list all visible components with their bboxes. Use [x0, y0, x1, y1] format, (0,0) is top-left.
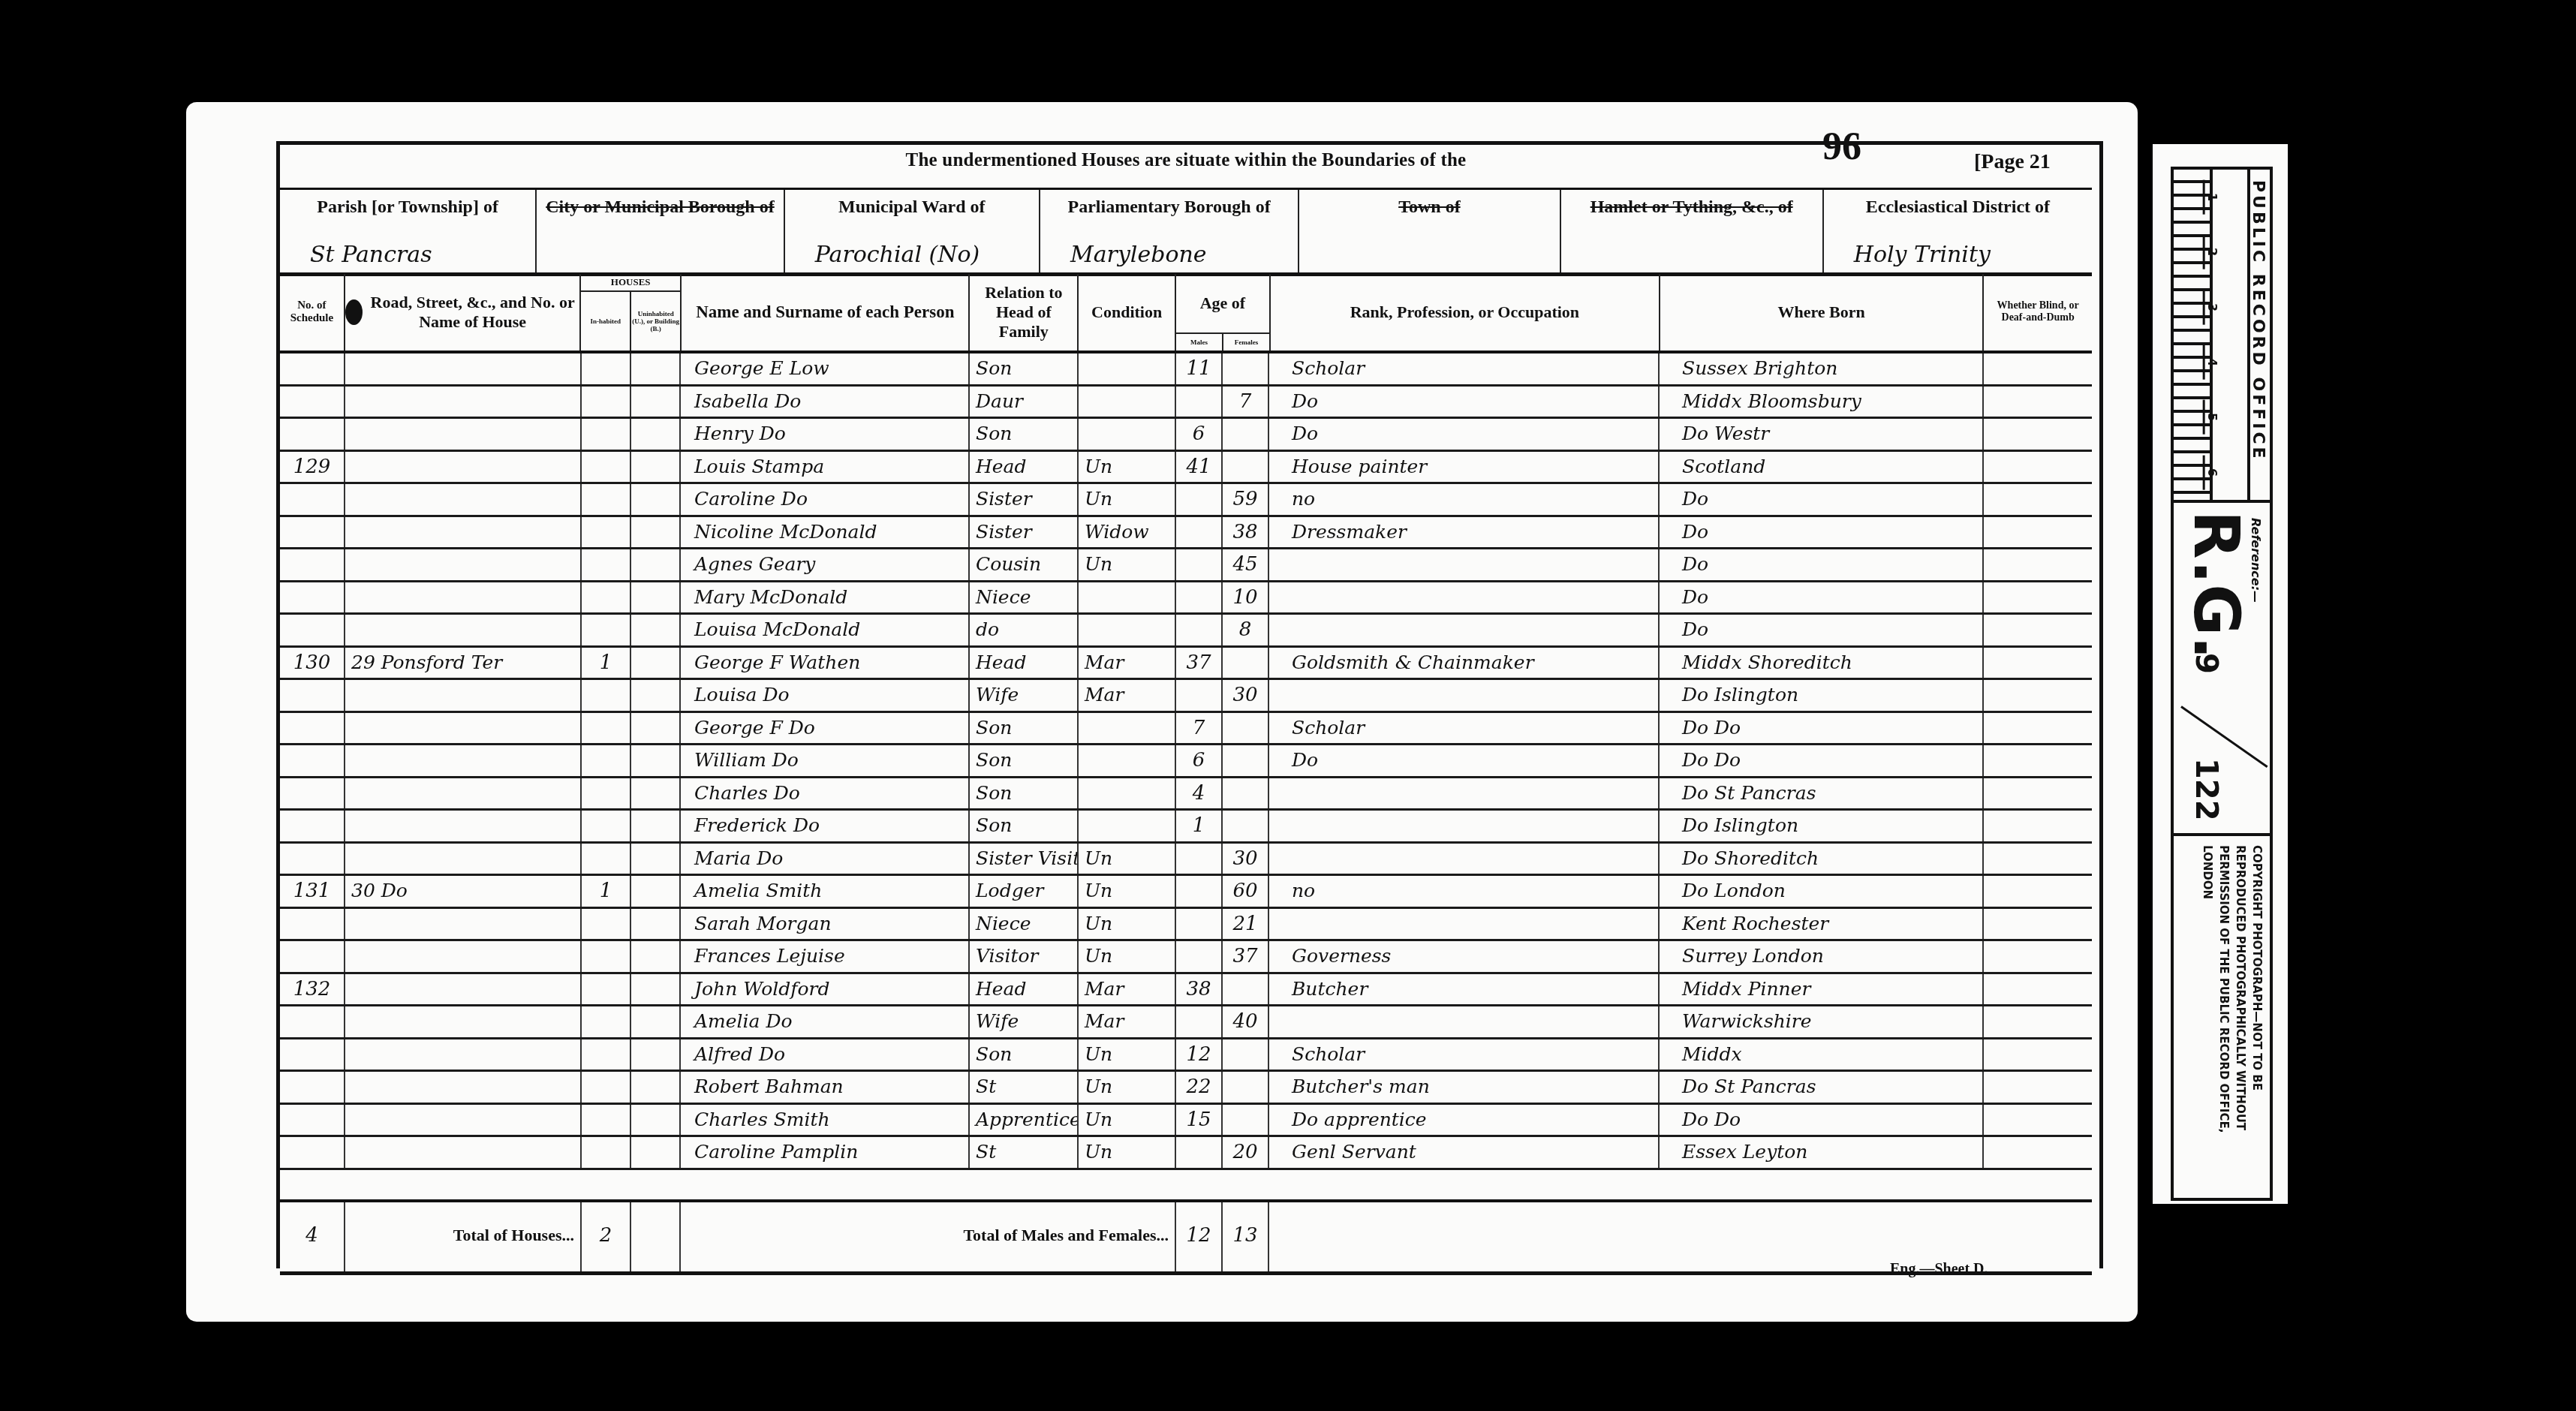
relation-to-head: Wife [970, 680, 1079, 711]
birthplace: Do Islington [1660, 680, 1984, 711]
table-row: Alfred DoSonUn12ScholarMiddx [280, 1039, 2092, 1073]
street-address [345, 615, 582, 645]
marital-condition: Un [1079, 1039, 1176, 1070]
boundary-parliamentary-borough: Parliamentary Borough of Marylebone [1040, 190, 1299, 272]
house-inhabited [582, 549, 631, 580]
ink-blot [345, 299, 363, 325]
occupation: Do [1269, 745, 1660, 776]
occupation [1269, 778, 1660, 809]
birthplace: Do Do [1660, 1105, 1984, 1136]
female-age: 59 [1223, 484, 1269, 515]
marital-condition: Un [1079, 941, 1176, 972]
occupation: no [1269, 484, 1660, 515]
table-row: Frederick DoSon1Do Islington [280, 811, 2092, 844]
male-age [1176, 876, 1223, 907]
female-age [1223, 1039, 1269, 1070]
house-inhabited [582, 909, 631, 940]
relation-to-head: Cousin [970, 549, 1079, 580]
male-age [1176, 909, 1223, 940]
female-age [1223, 974, 1269, 1005]
ruler-boxes: 1 2 3 4 5 6 [2213, 170, 2250, 500]
birthplace: Warwickshire [1660, 1006, 1984, 1037]
person-name: Louisa Do [681, 680, 970, 711]
boundary-value: Marylebone [1070, 242, 1207, 268]
total-females: 13 [1223, 1202, 1269, 1271]
schedule-number [280, 778, 345, 809]
female-age [1223, 452, 1269, 483]
occupation [1269, 582, 1660, 613]
relation-to-head: Son [970, 354, 1079, 384]
relation-to-head: Wife [970, 1006, 1079, 1037]
schedule-number [280, 1006, 345, 1037]
table-row: 129Louis StampaHeadUn41House painterScot… [280, 452, 2092, 485]
birthplace: Do Do [1660, 713, 1984, 744]
occupation: Scholar [1269, 1039, 1660, 1070]
schedule-number [280, 745, 345, 776]
boundary-value: Holy Trinity [1854, 242, 1991, 268]
blind-deaf [1984, 811, 2092, 841]
male-age: 12 [1176, 1039, 1223, 1070]
female-age: 37 [1223, 941, 1269, 972]
house-uninhabited [631, 582, 681, 613]
street-address [345, 974, 582, 1005]
female-age: 7 [1223, 387, 1269, 417]
total-schedules: 4 [280, 1202, 345, 1271]
street-address [345, 1006, 582, 1037]
col-occupation: Rank, Profession, or Occupation [1271, 274, 1660, 350]
col-street: Road, Street, &c., and No. or Name of Ho… [345, 274, 581, 350]
blind-deaf [1984, 778, 2092, 809]
col-age: Age of Males Females [1176, 274, 1271, 350]
house-inhabited [582, 811, 631, 841]
marital-condition: Un [1079, 876, 1176, 907]
occupation: Governess [1269, 941, 1660, 972]
person-name: Mary McDonald [681, 582, 970, 613]
occupation [1269, 549, 1660, 580]
occupation: no [1269, 876, 1660, 907]
house-inhabited [582, 680, 631, 711]
street-address [345, 745, 582, 776]
schedule-number: 131 [280, 876, 345, 907]
male-age [1176, 1137, 1223, 1168]
street-address [345, 713, 582, 744]
schedule-number [280, 811, 345, 841]
blind-deaf [1984, 582, 2092, 613]
schedule-number [280, 844, 345, 874]
ref-label: Reference:— [2249, 518, 2263, 603]
col-inhabited: In-habited [581, 292, 631, 350]
table-row: William DoSon6DoDo Do [280, 745, 2092, 778]
table-row: Charles DoSon4Do St Pancras [280, 778, 2092, 811]
house-uninhabited [631, 745, 681, 776]
house-uninhabited [631, 974, 681, 1005]
male-age: 6 [1176, 419, 1223, 450]
house-uninhabited [631, 615, 681, 645]
table-row: Sarah MorganNieceUn21Kent Rochester [280, 909, 2092, 942]
schedule-number [280, 549, 345, 580]
birthplace: Surrey London [1660, 941, 1984, 972]
street-address [345, 582, 582, 613]
female-age [1223, 648, 1269, 678]
house-uninhabited [631, 387, 681, 417]
marital-condition [1079, 811, 1176, 841]
schedule-number [280, 354, 345, 384]
person-name: Sarah Morgan [681, 909, 970, 940]
person-name: Frances Lejuise [681, 941, 970, 972]
table-row: George F DoSon7ScholarDo Do [280, 713, 2092, 746]
table-row: 13029 Ponsford Ter1George F WathenHeadMa… [280, 648, 2092, 681]
male-age [1176, 484, 1223, 515]
male-age [1176, 387, 1223, 417]
schedule-number: 132 [280, 974, 345, 1005]
table-row: George E LowSon11ScholarSussex Brighton [280, 354, 2092, 387]
boundary-town: Town of [1299, 190, 1560, 272]
table-row: Henry DoSon6DoDo Westr [280, 419, 2092, 452]
birthplace: Do St Pancras [1660, 778, 1984, 809]
marital-condition: Un [1079, 1105, 1176, 1136]
house-uninhabited [631, 811, 681, 841]
person-name: George F Do [681, 713, 970, 744]
occupation: Dressmaker [1269, 517, 1660, 548]
blind-deaf [1984, 419, 2092, 450]
occupation: Genl Servant [1269, 1137, 1660, 1168]
table-row: 132John WoldfordHeadMar38ButcherMiddx Pi… [280, 974, 2092, 1007]
relation-to-head: Son [970, 1039, 1079, 1070]
house-uninhabited [631, 354, 681, 384]
house-inhabited: 1 [582, 876, 631, 907]
female-age: 40 [1223, 1006, 1269, 1037]
table-row: Caroline DoSisterUn59noDo [280, 484, 2092, 517]
marital-condition: Mar [1079, 648, 1176, 678]
house-inhabited [582, 1072, 631, 1103]
relation-to-head: Niece [970, 909, 1079, 940]
house-uninhabited [631, 1039, 681, 1070]
relation-to-head: Apprentice [970, 1105, 1079, 1136]
person-name: Amelia Do [681, 1006, 970, 1037]
table-row: Agnes GearyCousinUn45Do [280, 549, 2092, 582]
col-blind-deaf: Whether Blind, or Deaf-and-Dumb [1984, 274, 2092, 350]
person-name: Charles Do [681, 778, 970, 809]
house-uninhabited [631, 419, 681, 450]
blind-deaf [1984, 844, 2092, 874]
blind-deaf [1984, 745, 2092, 776]
blind-deaf [1984, 713, 2092, 744]
male-age: 15 [1176, 1105, 1223, 1136]
blind-deaf [1984, 648, 2092, 678]
male-age [1176, 582, 1223, 613]
person-name: John Woldford [681, 974, 970, 1005]
marital-condition: Un [1079, 484, 1176, 515]
house-inhabited [582, 452, 631, 483]
marital-condition: Un [1079, 909, 1176, 940]
birthplace: Sussex Brighton [1660, 354, 1984, 384]
ref-piece: 122 [2189, 758, 2223, 821]
person-name: Henry Do [681, 419, 970, 450]
occupation [1269, 844, 1660, 874]
female-age: 21 [1223, 909, 1269, 940]
person-name: Alfred Do [681, 1039, 970, 1070]
male-age: 37 [1176, 648, 1223, 678]
schedule-number: 130 [280, 648, 345, 678]
house-uninhabited [631, 1006, 681, 1037]
form-code: Eng.—Sheet D. [1890, 1261, 1988, 1278]
birthplace: Do [1660, 615, 1984, 645]
female-age: 10 [1223, 582, 1269, 613]
blind-deaf [1984, 680, 2092, 711]
total-houses-uninhabited [631, 1202, 681, 1271]
house-uninhabited [631, 1137, 681, 1168]
relation-to-head: Head [970, 452, 1079, 483]
house-inhabited [582, 419, 631, 450]
birthplace: Do [1660, 484, 1984, 515]
occupation [1269, 680, 1660, 711]
house-uninhabited [631, 648, 681, 678]
relation-to-head: Niece [970, 582, 1079, 613]
birthplace: Kent Rochester [1660, 909, 1984, 940]
female-age [1223, 745, 1269, 776]
person-name: George E Low [681, 354, 970, 384]
male-age: 7 [1176, 713, 1223, 744]
person-name: Caroline Do [681, 484, 970, 515]
schedule-number [280, 419, 345, 450]
blind-deaf [1984, 615, 2092, 645]
house-inhabited [582, 974, 631, 1005]
blind-deaf [1984, 387, 2092, 417]
blind-deaf [1984, 484, 2092, 515]
house-inhabited [582, 582, 631, 613]
street-address [345, 484, 582, 515]
male-age: 38 [1176, 974, 1223, 1005]
occupation: Scholar [1269, 354, 1660, 384]
occupation: Butcher's man [1269, 1072, 1660, 1103]
street-address: 29 Ponsford Ter [345, 648, 582, 678]
relation-to-head: Sister [970, 517, 1079, 548]
table-row: Caroline PamplinStUn20Genl ServantEssex … [280, 1137, 2092, 1170]
street-address [345, 452, 582, 483]
house-uninhabited [631, 549, 681, 580]
female-age: 38 [1223, 517, 1269, 548]
person-name: Frederick Do [681, 811, 970, 841]
house-uninhabited [631, 778, 681, 809]
person-name: Caroline Pamplin [681, 1137, 970, 1168]
male-age: 1 [1176, 811, 1223, 841]
relation-to-head: Son [970, 778, 1079, 809]
occupation [1269, 1006, 1660, 1037]
relation-to-head: Son [970, 745, 1079, 776]
schedule-number [280, 1137, 345, 1168]
street-address [345, 941, 582, 972]
street-address [345, 909, 582, 940]
male-age [1176, 517, 1223, 548]
occupation: Butcher [1269, 974, 1660, 1005]
schedule-number [280, 1072, 345, 1103]
street-address [345, 844, 582, 874]
blind-deaf [1984, 909, 2092, 940]
schedule-number [280, 680, 345, 711]
male-age [1176, 615, 1223, 645]
marital-condition: Un [1079, 1072, 1176, 1103]
male-age [1176, 680, 1223, 711]
table-row: Louisa McDonalddo8Do [280, 615, 2092, 648]
relation-to-head: Sister Visitor [970, 844, 1079, 874]
col-schedule: No. of Schedule [280, 274, 345, 350]
male-age [1176, 844, 1223, 874]
boundary-value: St Pancras [310, 242, 432, 268]
female-age [1223, 1105, 1269, 1136]
marital-condition [1079, 419, 1176, 450]
house-inhabited [582, 615, 631, 645]
table-row: Louisa DoWifeMar30Do Islington [280, 680, 2092, 713]
female-age [1223, 354, 1269, 384]
relation-to-head: Head [970, 974, 1079, 1005]
col-uninhabited: Uninhabited (U.), or Building (B.) [631, 292, 680, 350]
person-name: Amelia Smith [681, 876, 970, 907]
marital-condition [1079, 745, 1176, 776]
person-name: Louis Stampa [681, 452, 970, 483]
schedule-number [280, 517, 345, 548]
female-age: 20 [1223, 1137, 1269, 1168]
house-uninhabited [631, 517, 681, 548]
schedule-number [280, 582, 345, 613]
person-name: Nicoline McDonald [681, 517, 970, 548]
boundary-ward: Municipal Ward of Parochial (No) [785, 190, 1040, 272]
occupation: Do apprentice [1269, 1105, 1660, 1136]
male-age [1176, 549, 1223, 580]
relation-to-head: Sister [970, 484, 1079, 515]
marital-condition [1079, 713, 1176, 744]
female-age: 45 [1223, 549, 1269, 580]
birthplace: Do [1660, 517, 1984, 548]
male-age: 4 [1176, 778, 1223, 809]
female-age [1223, 419, 1269, 450]
relation-to-head: Son [970, 419, 1079, 450]
boundary-parish: Parish [or Township] of St Pancras [280, 190, 537, 272]
house-inhabited [582, 354, 631, 384]
relation-to-head: Head [970, 648, 1079, 678]
house-uninhabited [631, 1105, 681, 1136]
schedule-number [280, 484, 345, 515]
header-title: The undermentioned Houses are situate wi… [276, 150, 2096, 171]
street-address [345, 419, 582, 450]
house-inhabited [582, 387, 631, 417]
schedule-number [280, 1105, 345, 1136]
total-persons-label: Total of Males and Females... [681, 1202, 1176, 1271]
blind-deaf [1984, 1006, 2092, 1037]
birthplace: Do Do [1660, 745, 1984, 776]
col-males: Males [1176, 334, 1223, 350]
relation-to-head: do [970, 615, 1079, 645]
house-uninhabited [631, 680, 681, 711]
schedule-number [280, 941, 345, 972]
boundaries-row: Parish [or Township] of St Pancras City … [280, 188, 2092, 276]
birthplace: Do Westr [1660, 419, 1984, 450]
table-row: 13130 Do1Amelia SmithLodgerUn60noDo Lond… [280, 876, 2092, 909]
table-row: Robert BahmanStUn22Butcher's manDo St Pa… [280, 1072, 2092, 1105]
house-inhabited [582, 1105, 631, 1136]
male-age: 11 [1176, 354, 1223, 384]
blind-deaf [1984, 1105, 2092, 1136]
boundary-ecclesiastical: Ecclesiastical District of Holy Trinity [1824, 190, 2092, 272]
person-name: Isabella Do [681, 387, 970, 417]
marital-condition: Un [1079, 844, 1176, 874]
col-condition: Condition [1079, 274, 1176, 350]
house-uninhabited [631, 452, 681, 483]
street-address [345, 387, 582, 417]
birthplace: Do St Pancras [1660, 1072, 1984, 1103]
marital-condition: Un [1079, 452, 1176, 483]
table-row: Frances LejuiseVisitorUn37GovernessSurre… [280, 941, 2092, 974]
house-uninhabited [631, 713, 681, 744]
marital-condition [1079, 778, 1176, 809]
schedule-number [280, 387, 345, 417]
table-row: Amelia DoWifeMar40Warwickshire [280, 1006, 2092, 1039]
marital-condition [1079, 615, 1176, 645]
occupation: Scholar [1269, 713, 1660, 744]
occupation: Do [1269, 387, 1660, 417]
male-age [1176, 941, 1223, 972]
schedule-number [280, 615, 345, 645]
female-age: 60 [1223, 876, 1269, 907]
blind-deaf [1984, 974, 2092, 1005]
total-houses-label: Total of Houses... [345, 1202, 582, 1271]
reference-block: R.G. Reference:— 9 122 [2174, 503, 2270, 836]
table-row: Mary McDonaldNiece10Do [280, 582, 2092, 615]
female-age: 30 [1223, 844, 1269, 874]
blind-deaf [1984, 941, 2092, 972]
col-houses: HOUSES In-habited Uninhabited (U.), or B… [581, 274, 682, 350]
reference-strip: 1 2 3 4 5 6 PUBLIC RECORD OFFICE R.G. Re… [2153, 144, 2288, 1204]
house-inhabited [582, 517, 631, 548]
office-title: PUBLIC RECORD OFFICE [2249, 180, 2268, 462]
schedule-number [280, 909, 345, 940]
relation-to-head: Daur [970, 387, 1079, 417]
female-age [1223, 778, 1269, 809]
male-age: 6 [1176, 745, 1223, 776]
house-inhabited [582, 713, 631, 744]
relation-to-head: St [970, 1137, 1079, 1168]
ref-class: 9 [2189, 653, 2223, 674]
blind-deaf [1984, 354, 2092, 384]
occupation: Do [1269, 419, 1660, 450]
person-name: Louisa McDonald [681, 615, 970, 645]
relation-to-head: Son [970, 713, 1079, 744]
col-females: Females [1223, 334, 1269, 350]
birthplace: Middx Pinner [1660, 974, 1984, 1005]
schedule-number: 129 [280, 452, 345, 483]
boundary-municipal-borough: City or Municipal Borough of [537, 190, 784, 272]
marital-condition: Widow [1079, 517, 1176, 548]
birthplace: Essex Leyton [1660, 1137, 1984, 1168]
house-uninhabited [631, 941, 681, 972]
ruler-ticks [2174, 170, 2213, 500]
birthplace: Do [1660, 549, 1984, 580]
female-age [1223, 811, 1269, 841]
copyright-notice: COPYRIGHT PHOTOGRAPH—NOT TO BE REPRODUCE… [2183, 845, 2265, 1175]
female-age: 8 [1223, 615, 1269, 645]
street-address [345, 549, 582, 580]
table-row: Isabella DoDaur7DoMiddx Bloomsbury [280, 387, 2092, 420]
person-name: Robert Bahman [681, 1072, 970, 1103]
birthplace: Do Shoreditch [1660, 844, 1984, 874]
blind-deaf [1984, 549, 2092, 580]
occupation [1269, 811, 1660, 841]
boundary-hamlet: Hamlet or Tything, &c., of [1561, 190, 1824, 272]
blind-deaf [1984, 1137, 2092, 1168]
street-address [345, 1072, 582, 1103]
person-name: William Do [681, 745, 970, 776]
total-houses-inhabited: 2 [582, 1202, 631, 1271]
male-age: 41 [1176, 452, 1223, 483]
